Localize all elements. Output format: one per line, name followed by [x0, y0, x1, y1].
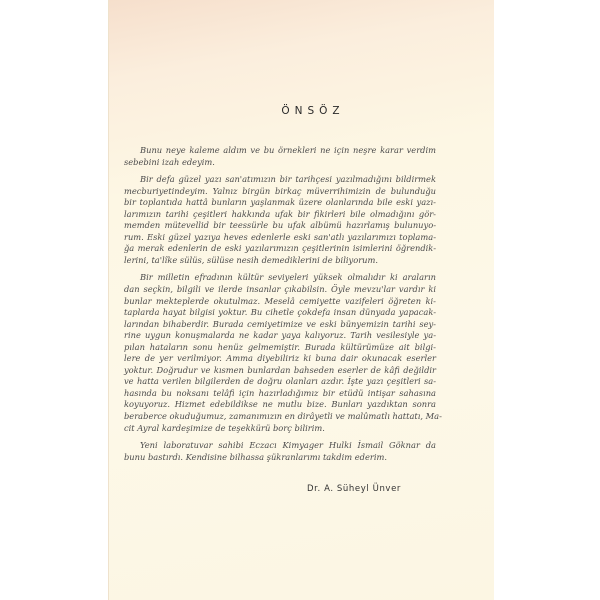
text-line: larımızın tarihi çeşitleri hakkında ufak…	[124, 209, 436, 221]
page-title: ÖNSÖZ	[108, 105, 506, 117]
text-line: Bir milletin efradının kültür seviyeleri…	[124, 272, 436, 284]
paragraph: Bunu neye kaleme aldım ve bu örnekleri n…	[124, 145, 436, 168]
text-line: Yeni laboratuvar sahibi Eczacı Kimyager …	[124, 440, 436, 452]
text-line: taplarda hayat bilgisi yoktur. Bu cihetl…	[124, 307, 436, 319]
text-line: ve hatta verilen bilgilerden de doğru ol…	[124, 376, 436, 388]
text-line: lerini, ta'lîke sülüs, sülüse nesih deme…	[124, 255, 436, 267]
text-line: larından bihaberdir. Burada cemiyetimize…	[124, 319, 436, 331]
text-line: pılan hataların sonu henüz gelmemiştir. …	[124, 342, 436, 354]
author-signature: Dr. A. Süheyl Ünver	[108, 484, 494, 494]
text-line: sebebini izah edeyim.	[124, 157, 436, 169]
text-line: hasında bu noksanı telâfi için hazırladı…	[124, 388, 436, 400]
paragraph: Yeni laboratuvar sahibi Eczacı Kimyager …	[124, 440, 436, 463]
text-line: bunlar mekteplerde okutulmaz. Meselâ cem…	[124, 296, 436, 308]
text-line: yoktur. Doğrudur ve kısmen bunlardan bah…	[124, 365, 436, 377]
text-line: ğa merak edenlerin de eski yazılarımızın…	[124, 243, 436, 255]
book-page: ÖNSÖZ Bunu neye kaleme aldım ve bu örnek…	[108, 0, 494, 600]
text-line: rum. Eski güzel yazıya heves edenlerle e…	[124, 232, 436, 244]
text-line: dan seçkin, bilgili ve ilerde insanlar ç…	[124, 284, 436, 296]
text-line: lere de yer verilmiyor. Amma diyebiliriz…	[124, 353, 436, 365]
text-line: Bir defa güzel yazı san'atımızın bir tar…	[124, 174, 436, 186]
text-line: bunu bastırdı. Kendisine bilhassa şükran…	[124, 452, 436, 464]
text-line: memden mütevellid bir teessürle bu ufak …	[124, 220, 436, 232]
text-line: Bunu neye kaleme aldım ve bu örnekleri n…	[124, 145, 436, 157]
paragraph: Bir milletin efradının kültür seviyeleri…	[124, 272, 436, 434]
text-line: beraberce okuduğumuz, zamanımızın en dir…	[124, 411, 436, 423]
text-line: mecburiyetindeyim. Yalnız birgün birkaç …	[124, 186, 436, 198]
text-line: cit Ayral kardeşimize de teşekkürü borç …	[124, 423, 436, 435]
text-line: rine uygun konuşmalarda ne kadar yaya ka…	[124, 330, 436, 342]
preface-body: Bunu neye kaleme aldım ve bu örnekleri n…	[124, 145, 436, 469]
text-line: koyuyoruz. Hizmet edebildikse ne mutlu b…	[124, 399, 436, 411]
text-line: bir toplantıda hattâ bunların yaşlanmak …	[124, 197, 436, 209]
paragraph: Bir defa güzel yazı san'atımızın bir tar…	[124, 174, 436, 266]
